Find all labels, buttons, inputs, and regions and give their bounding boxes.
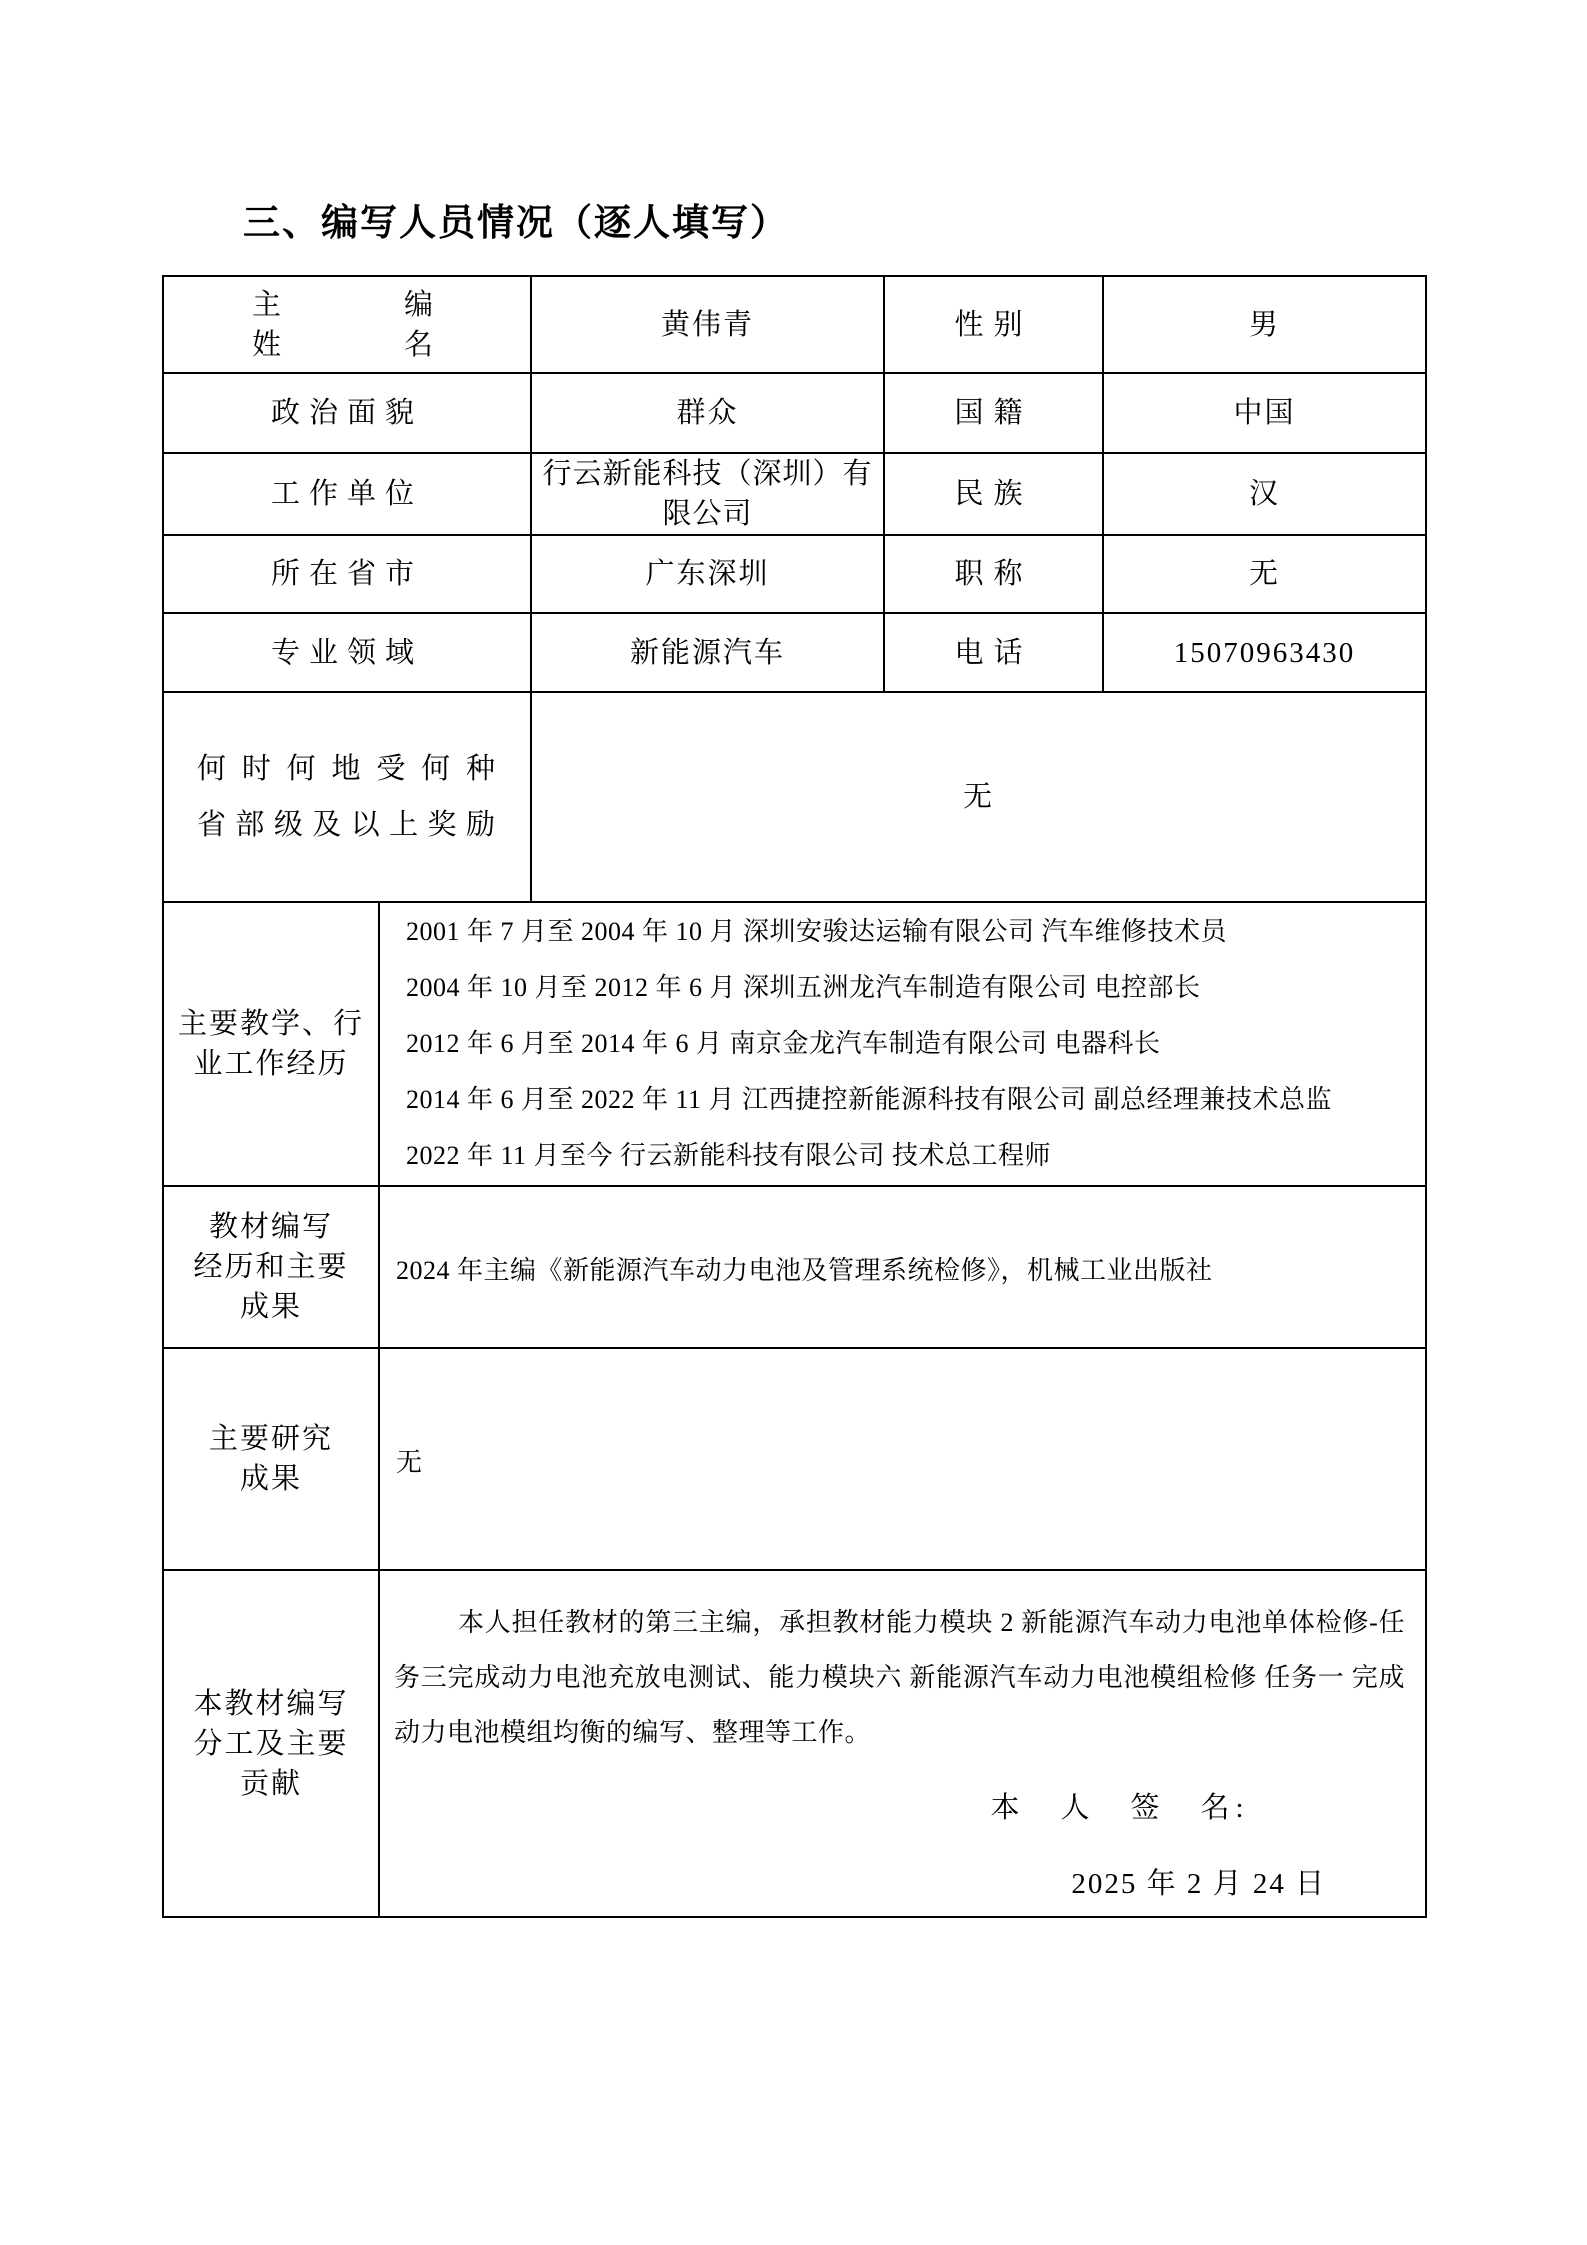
- value-textbook-experience: 2024 年主编《新能源汽车动力电池及管理系统检修》，机械工业出版社: [379, 1186, 1426, 1348]
- label-awards: 何时何地受何种 省部级及以上奖励: [163, 692, 531, 902]
- section-title: 三、编写人员情况（逐人填写）: [243, 200, 789, 246]
- label-contribution: 本教材编写 分工及主要 贡献: [163, 1570, 379, 1917]
- row-work-unit: 工作单位 行云新能科技（深圳）有限公司 民族 汉: [163, 453, 1426, 535]
- value-research-results: 无: [379, 1348, 1426, 1570]
- value-political-status: 群众: [531, 373, 884, 453]
- value-specialty: 新能源汽车: [531, 613, 884, 692]
- label-province-city: 所在省市: [163, 535, 531, 613]
- value-province-city: 广东深圳: [531, 535, 884, 613]
- label-phone: 电话: [884, 613, 1103, 692]
- label-work-unit: 工作单位: [163, 453, 531, 535]
- label-ethnicity: 民族: [884, 453, 1103, 535]
- value-phone: 15070963430: [1103, 613, 1426, 692]
- row-political-status: 政治面貌 群众 国籍 中国: [163, 373, 1426, 453]
- row-editor-name: 主 编 姓 名 黄伟青 性别 男: [163, 276, 1426, 373]
- row-province-city: 所在省市 广东深圳 职称 无: [163, 535, 1426, 613]
- work-history-entry: 2004 年 10 月至 2012 年 6 月 深圳五洲龙汽车制造有限公司 电控…: [406, 960, 1417, 1016]
- label-editor-name: 主 编 姓 名: [163, 276, 531, 373]
- value-ethnicity: 汉: [1103, 453, 1426, 535]
- row-awards: 何时何地受何种 省部级及以上奖励 无: [163, 692, 1426, 902]
- row-contribution: 本教材编写 分工及主要 贡献 本人担任教材的第三主编，承担教材能力模块 2 新能…: [163, 1570, 1426, 1917]
- label-specialty: 专业领域: [163, 613, 531, 692]
- value-editor-name: 黄伟青: [531, 276, 884, 373]
- work-history-list: 2001 年 7 月至 2004 年 10 月 深圳安骏达运输有限公司 汽车维修…: [380, 904, 1425, 1184]
- work-history-entry: 2012 年 6 月至 2014 年 6 月 南京金龙汽车制造有限公司 电器科长: [406, 1016, 1417, 1072]
- label-job-title: 职称: [884, 535, 1103, 613]
- label-work-history: 主要教学、行 业工作经历: [163, 902, 379, 1186]
- row-research-results: 主要研究 成果 无: [163, 1348, 1426, 1570]
- label-gender: 性别: [884, 276, 1103, 373]
- value-job-title: 无: [1103, 535, 1426, 613]
- contribution-paragraph: 本人担任教材的第三主编，承担教材能力模块 2 新能源汽车动力电池单体检修-任务三…: [394, 1595, 1405, 1760]
- work-history-entry: 2001 年 7 月至 2004 年 10 月 深圳安骏达运输有限公司 汽车维修…: [406, 904, 1417, 960]
- document-page: 三、编写人员情况（逐人填写） 主 编 姓 名 黄伟青 性别 男 政治面貌 群众 …: [0, 0, 1587, 2245]
- value-contribution: 本人担任教材的第三主编，承担教材能力模块 2 新能源汽车动力电池单体检修-任务三…: [379, 1570, 1426, 1917]
- signature-date: 2025 年 2 月 24 日: [1071, 1864, 1405, 1904]
- value-work-history: 2001 年 7 月至 2004 年 10 月 深圳安骏达运输有限公司 汽车维修…: [379, 902, 1426, 1186]
- value-work-unit: 行云新能科技（深圳）有限公司: [531, 453, 884, 535]
- row-specialty: 专业领域 新能源汽车 电话 15070963430: [163, 613, 1426, 692]
- label-political-status: 政治面貌: [163, 373, 531, 453]
- row-work-history: 主要教学、行 业工作经历 2001 年 7 月至 2004 年 10 月 深圳安…: [163, 902, 1426, 1186]
- personnel-form-table: 主 编 姓 名 黄伟青 性别 男 政治面貌 群众 国籍 中国 工作单位 行云新能…: [162, 275, 1427, 1918]
- value-gender: 男: [1103, 276, 1426, 373]
- label-research-results: 主要研究 成果: [163, 1348, 379, 1570]
- signature-label: 本 人 签 名:: [990, 1788, 1405, 1828]
- work-history-entry: 2022 年 11 月至今 行云新能科技有限公司 技术总工程师: [406, 1128, 1417, 1184]
- value-nationality: 中国: [1103, 373, 1426, 453]
- label-nationality: 国籍: [884, 373, 1103, 453]
- work-history-entry: 2014 年 6 月至 2022 年 11 月 江西捷控新能源科技有限公司 副总…: [406, 1072, 1417, 1128]
- label-textbook-experience: 教材编写 经历和主要 成果: [163, 1186, 379, 1348]
- value-awards: 无: [531, 692, 1426, 902]
- row-textbook-experience: 教材编写 经历和主要 成果 2024 年主编《新能源汽车动力电池及管理系统检修》…: [163, 1186, 1426, 1348]
